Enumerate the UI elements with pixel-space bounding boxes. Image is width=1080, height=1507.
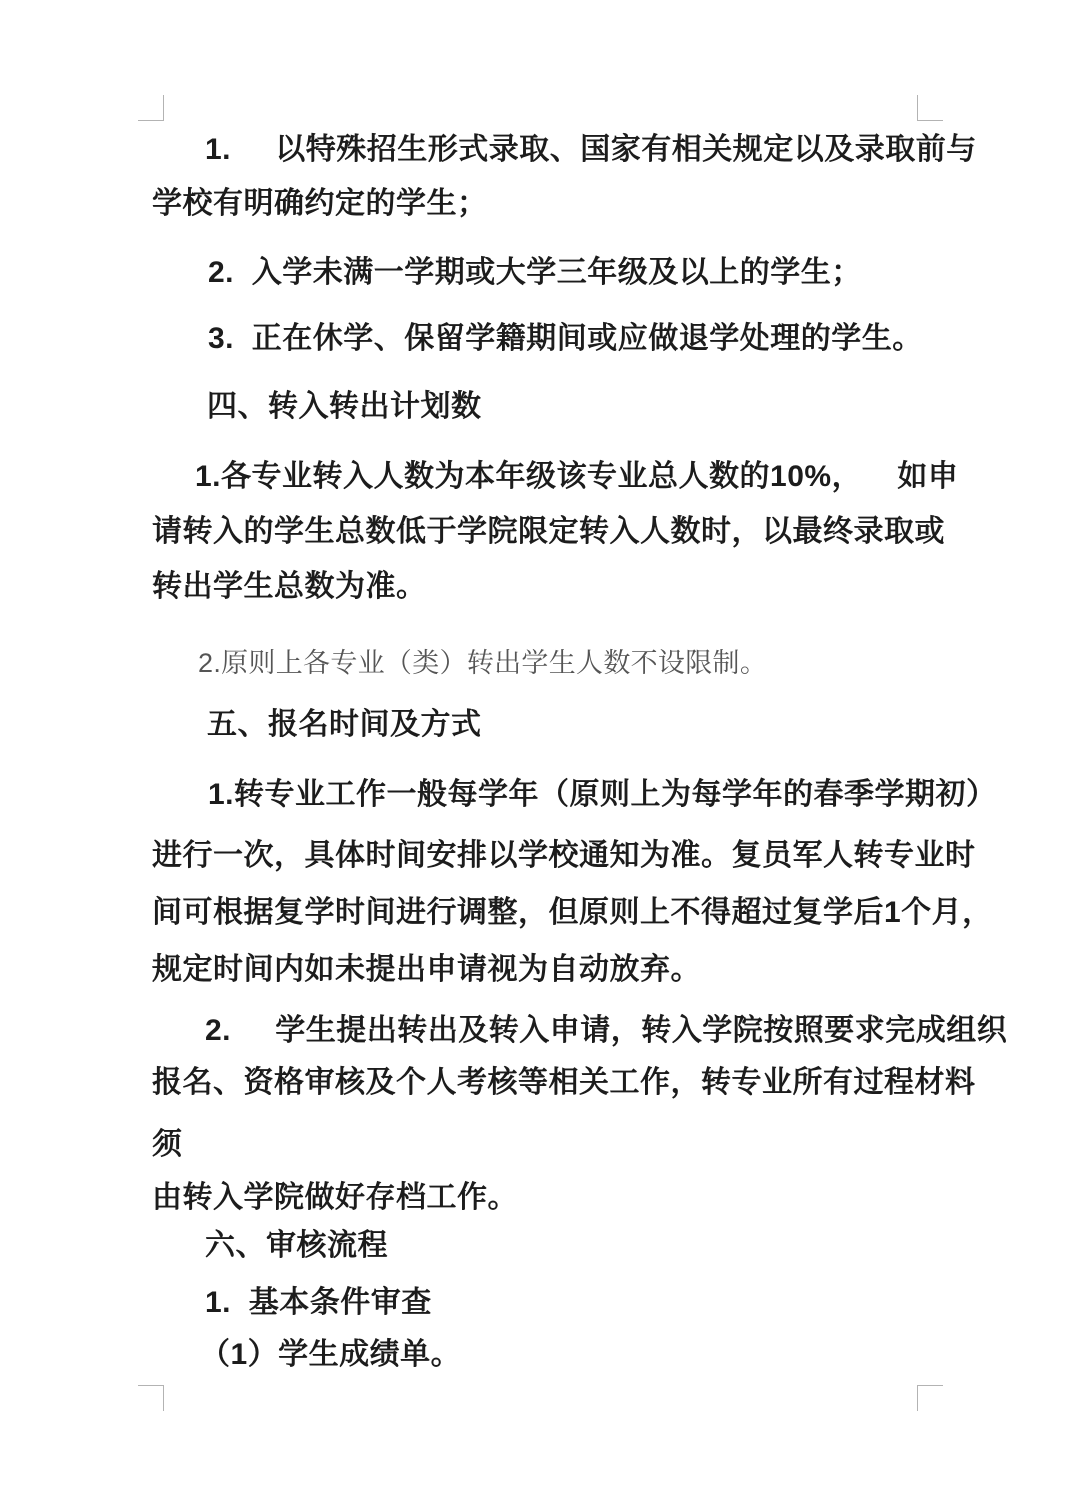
section-5-heading: 五、报名时间及方式: [207, 708, 482, 742]
section-5-item-1-line-2: 进行一次，具体时间安排以学校通知为准。复员军人转专业时: [152, 839, 976, 873]
section-5-item-1-line-4: 规定时间内如未提出申请视为自动放弃。: [152, 953, 701, 987]
section-4-item-1-line-2: 请转入的学生总数低于学院限定转入人数时，以最终录取或: [152, 515, 945, 549]
section-5-item-2-line-3: 须: [152, 1128, 183, 1162]
section-5-item-2-line-1: 2. 学生提出转出及转入申请，转入学院按照要求完成组织: [205, 1014, 1007, 1048]
margin-crop-mark-bottom-left-icon: [138, 1385, 164, 1411]
excluded-students-item-1-line-1: 1. 以特殊招生形式录取、国家有相关规定以及录取前与: [205, 133, 977, 167]
margin-crop-mark-bottom-right-icon: [917, 1385, 943, 1411]
section-4-item-2: 2.原则上各专业（类）转出学生人数不设限制。: [198, 646, 767, 680]
section-5-item-1-line-3: 间可根据复学时间进行调整，但原则上不得超过复学后1个月，: [152, 896, 993, 930]
excluded-students-item-1-line-2: 学校有明确约定的学生；: [152, 187, 488, 221]
section-6-item-1: 1. 基本条件审查: [205, 1286, 432, 1320]
section-5-item-2-line-4: 由转入学院做好存档工作。: [152, 1181, 518, 1215]
excluded-students-item-3: 3. 正在休学、保留学籍期间或应做退学处理的学生。: [208, 322, 923, 356]
section-5-item-1-line-1: 1.转专业工作一般每学年（原则上为每学年的春季学期初）: [208, 778, 997, 812]
section-4-item-1-line-3: 转出学生总数为准。: [152, 570, 427, 604]
section-6-heading: 六、审核流程: [205, 1229, 388, 1263]
section-5-item-2-line-2: 报名、资格审核及个人考核等相关工作，转专业所有过程材料: [152, 1066, 976, 1100]
excluded-students-item-2: 2. 入学未满一学期或大学三年级及以上的学生；: [208, 256, 862, 290]
document-page: 1. 以特殊招生形式录取、国家有相关规定以及录取前与 学校有明确约定的学生； 2…: [0, 0, 1080, 1507]
section-4-heading: 四、转入转出计划数: [207, 390, 482, 424]
margin-crop-mark-top-right-icon: [917, 95, 943, 121]
section-4-item-1-line-1: 1.各专业转入人数为本年级该专业总人数的10%， 如申: [195, 460, 958, 494]
section-6-item-1-sub-1: （1）学生成绩单。: [200, 1338, 461, 1372]
margin-crop-mark-top-left-icon: [138, 95, 164, 121]
